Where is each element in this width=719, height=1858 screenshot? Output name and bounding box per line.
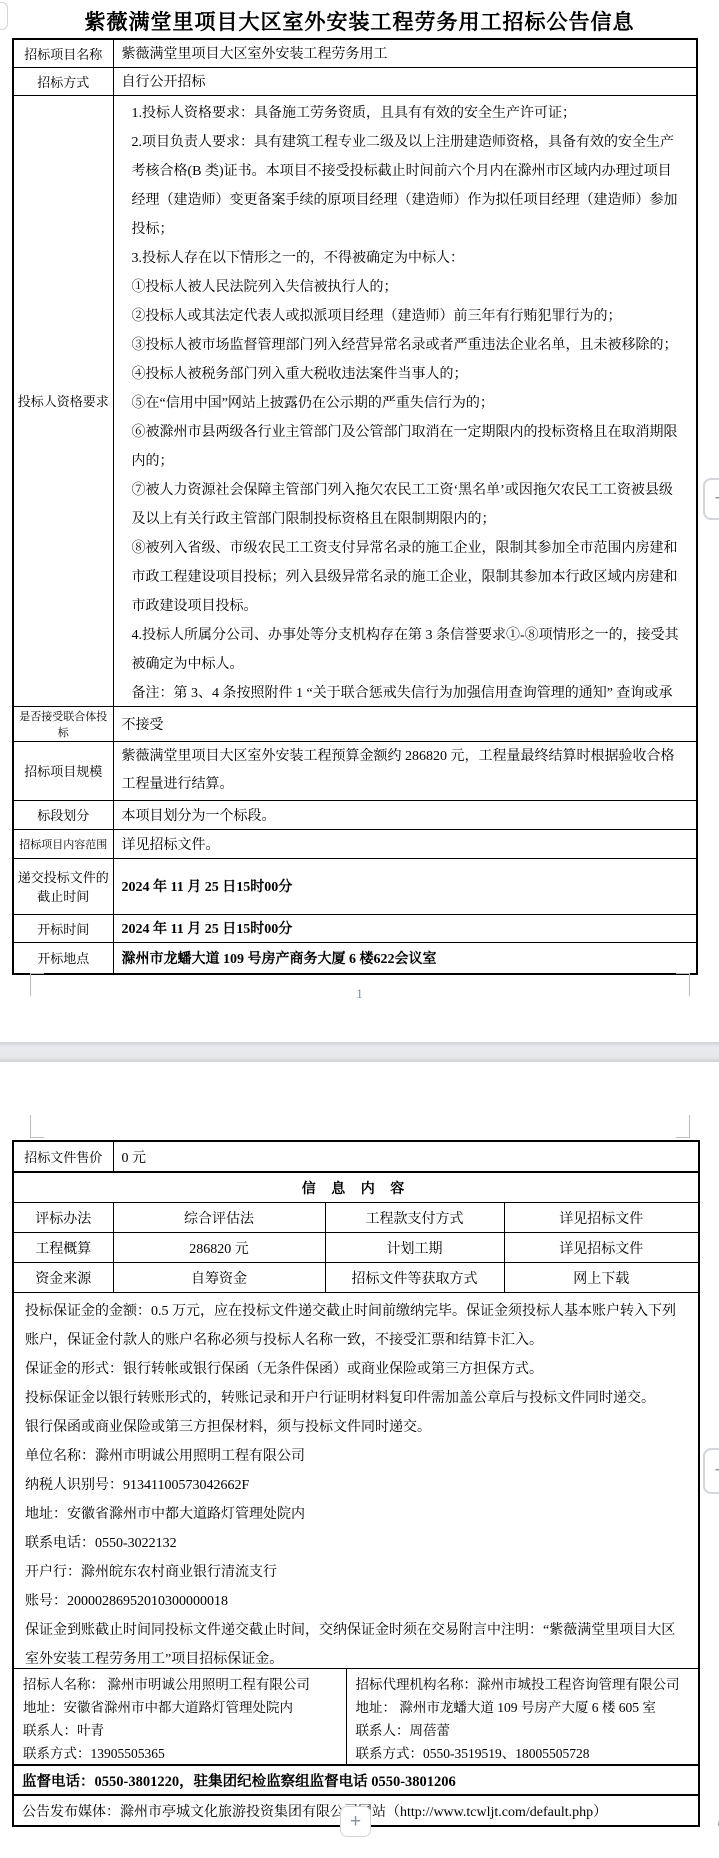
row-value: 0 元 xyxy=(113,1141,699,1172)
row-label: 开标时间 xyxy=(13,914,113,942)
row-value: 紫薇满堂里项目大区室外安装工程劳务用工 xyxy=(113,39,697,67)
deposit-paragraph: 地址：安徽省滁州市中都大道路灯管理处院内 xyxy=(25,1500,689,1529)
deposit-paragraph: 联系电话：0550-3022132 xyxy=(25,1529,689,1558)
table-row: 资金来源 自筹资金 招标文件等获取方式 网上下载 xyxy=(13,1263,699,1293)
tenderer-contact-person: 联系人：叶青 xyxy=(23,1719,341,1742)
row-value-open-location: 滁州市龙蟠大道 109 号房产商务大厦 6 楼622会议室 xyxy=(113,942,697,974)
qualification-paragraph: 3.投标人存在以下情形之一的，不得被确定为中标人： xyxy=(132,244,683,273)
cell-value: 286820 元 xyxy=(113,1233,325,1263)
table-row: 工程概算 286820 元 计划工期 详见招标文件 xyxy=(13,1233,699,1263)
row-value: 不接受 xyxy=(113,706,697,741)
tenderer-name: 招标人名称： 滁州市明诚公用照明工程有限公司 xyxy=(23,1673,341,1696)
cell-label: 评标办法 xyxy=(13,1203,113,1233)
table-row: 标段划分 本项目划分为一个标段。 xyxy=(13,800,697,829)
tenderer-phone: 联系方式：13905505365 xyxy=(23,1742,341,1763)
page-margin-mark xyxy=(30,1115,44,1138)
page-gap-separator xyxy=(0,1042,719,1062)
row-label: 投标人资格要求 xyxy=(13,95,113,706)
row-label: 招标方式 xyxy=(13,67,113,95)
table-row: 评标办法 综合评估法 工程款支付方式 详见招标文件 xyxy=(13,1203,699,1233)
qualification-paragraph: 备注：第 3、4 条按照附件 1 “关于联合惩戒失信行为加强信用查询管理的通知”… xyxy=(132,679,683,705)
document-page-1: 紫薇满堂里项目大区室外安装工程劳务用工招标公告信息 招标项目名称 紫薇满堂里项目… xyxy=(0,0,719,1042)
agency-name: 招标代理机构名称：滁州市城投工程咨询管理有限公司 xyxy=(356,1673,694,1696)
qualification-paragraph: ⑥被滁州市县两级各行业主管部门及公管部门取消在一定期限内的投标资格且在取消期限内… xyxy=(132,418,683,476)
qualification-paragraph: ③投标人被市场监督管理部门列入经营异常名录或者严重违法企业名单，且未被移除的； xyxy=(132,331,683,360)
cell-value: 详见招标文件 xyxy=(504,1203,699,1233)
row-label: 招标项目内容范围 xyxy=(13,829,113,858)
table-row: 开标地点 滁州市龙蟠大道 109 号房产商务大厦 6 楼622会议室 xyxy=(13,942,697,974)
row-label: 开标地点 xyxy=(13,942,113,974)
qualification-paragraph: ⑤在“信用中国”网站上披露仍在公示期的严重失信行为的； xyxy=(132,389,683,418)
supervision-phone: 监督电话：0550-3801220，驻集团纪检监察组监督电话 0550-3801… xyxy=(13,1765,699,1795)
plus-icon: + xyxy=(350,1811,361,1833)
cell-value: 自筹资金 xyxy=(113,1263,325,1293)
cell-label: 招标文件等获取方式 xyxy=(325,1263,504,1293)
table-row: 招标项目规模 紫薇满堂里项目大区室外安装工程预算金额约 286820 元，工程量… xyxy=(13,741,697,800)
table-row-contacts: 招标人名称： 滁州市明诚公用照明工程有限公司 地址：安徽省滁州市中都大道路灯管理… xyxy=(13,1669,699,1766)
deposit-paragraph: 投标保证金以银行转账形式的，转账记录和开户行证明材料复印件需加盖公章后与投标文件… xyxy=(25,1384,689,1413)
plus-icon: + xyxy=(714,488,719,510)
qualification-paragraph: 2.项目负责人要求：具有建筑工程专业二级及以上注册建造师资格，具备有效的安全生产… xyxy=(132,128,683,244)
tenderer-contact-cell: 招标人名称： 滁州市明诚公用照明工程有限公司 地址：安徽省滁州市中都大道路灯管理… xyxy=(13,1669,346,1766)
table-row: 招标项目内容范围 详见招标文件。 xyxy=(13,829,697,858)
row-label: 递交投标文件的截止时间 xyxy=(13,858,113,914)
cell-label: 工程款支付方式 xyxy=(325,1203,504,1233)
qualification-paragraph: ②投标人或其法定代表人或拟派项目经理（建造师）前三年有行贿犯罪行为的； xyxy=(132,302,683,331)
deposit-paragraph: 投标保证金的金额：0.5 万元，应在投标文件递交截止时间前缴纳完毕。保证金须投标… xyxy=(25,1297,689,1355)
row-label: 标段划分 xyxy=(13,800,113,829)
cell-label: 工程概算 xyxy=(13,1233,113,1263)
plus-button-right-upper[interactable]: + xyxy=(703,478,719,520)
agency-contact-cell: 招标代理机构名称：滁州市城投工程咨询管理有限公司 地址： 滁州市龙蟠大道 109… xyxy=(346,1669,699,1766)
table-row: 是否接受联合体投标 不接受 xyxy=(13,706,697,741)
qualification-paragraph: ④投标人被税务部门列入重大税收违法案件当事人的； xyxy=(132,360,683,389)
row-label: 招标项目规模 xyxy=(13,741,113,800)
page-title: 紫薇满堂里项目大区室外安装工程劳务用工招标公告信息 xyxy=(0,6,719,36)
qualification-paragraph: ⑧被列入省级、市级农民工工资支付异常名录的施工企业，限制其参加全市范围内房建和市… xyxy=(132,534,683,621)
table-row-deposit: 投标保证金的金额：0.5 万元，应在投标文件递交截止时间前缴纳完毕。保证金须投标… xyxy=(13,1293,699,1669)
agency-address: 地址： 滁州市龙蟠大道 109 号房产大厦 6 楼 605 室 xyxy=(356,1696,694,1719)
page-margin-mark xyxy=(676,1115,690,1138)
row-value-open-time: 2024 年 11 月 25 日15时00分 xyxy=(113,914,697,942)
cell-label: 资金来源 xyxy=(13,1263,113,1293)
tender-summary-table: 招标项目名称 紫薇满堂里项目大区室外安装工程劳务用工 招标方式 自行公开招标 投… xyxy=(12,38,698,975)
deposit-paragraph: 开户行：滁州皖东农村商业银行清流支行 xyxy=(25,1558,689,1587)
row-value: 紫薇满堂里项目大区室外安装工程预算金额约 286820 元，工程量最终结算时根据… xyxy=(113,741,697,800)
table-row-qualification: 投标人资格要求 1.投标人资格要求：具备施工劳务资质，且具有有效的安全生产许可证… xyxy=(13,95,697,706)
info-content-header: 信 息 内 容 xyxy=(13,1172,699,1203)
qualification-paragraph: 4.投标人所属分公司、办事处等分支机构存在第 3 条信誉要求①-⑧项情形之一的，… xyxy=(132,621,683,679)
row-value-deadline: 2024 年 11 月 25 日15时00分 xyxy=(113,858,697,914)
tenderer-address: 地址：安徽省滁州市中都大道路灯管理处院内 xyxy=(23,1696,341,1719)
expand-icon[interactable]: ⤢ xyxy=(710,1808,719,1832)
deposit-paragraph: 账号：20000286952010300000018 xyxy=(25,1587,689,1616)
plus-button-right-lower[interactable]: + xyxy=(703,1448,719,1494)
row-value: 自行公开招标 xyxy=(113,67,697,95)
row-label: 是否接受联合体投标 xyxy=(13,706,113,741)
deposit-paragraph: 银行保函或商业保险或第三方担保材料，须与投标文件同时递交。 xyxy=(25,1413,689,1442)
page-number: 1 xyxy=(0,986,719,1002)
row-value: 详见招标文件。 xyxy=(113,829,697,858)
row-value: 本项目划分为一个标段。 xyxy=(113,800,697,829)
qualification-requirements-cell: 1.投标人资格要求：具备施工劳务资质，且具有有效的安全生产许可证； 2.项目负责… xyxy=(113,95,697,706)
add-plus-button-bottom[interactable]: + xyxy=(340,1806,371,1837)
deposit-paragraph: 保证金的形式：银行转帐或银行保函（无条件保函）或商业保险或第三方担保方式。 xyxy=(25,1355,689,1384)
row-label: 招标文件售价 xyxy=(13,1141,113,1172)
agency-contact-person: 联系人：周蓓蕾 xyxy=(356,1719,694,1742)
cell-value: 详见招标文件 xyxy=(504,1233,699,1263)
agency-phone: 联系方式：0550-3519519、18005505728 xyxy=(356,1742,694,1763)
plus-icon: + xyxy=(714,1460,719,1482)
cell-label: 计划工期 xyxy=(325,1233,504,1263)
cell-value: 网上下载 xyxy=(504,1263,699,1293)
deposit-info-cell: 投标保证金的金额：0.5 万元，应在投标文件递交截止时间前缴纳完毕。保证金须投标… xyxy=(13,1293,699,1669)
row-label: 招标项目名称 xyxy=(13,39,113,67)
cell-value: 综合评估法 xyxy=(113,1203,325,1233)
table-row-price: 招标文件售价 0 元 xyxy=(13,1141,699,1172)
deposit-paragraph: 纳税人识别号：91341100573042662F xyxy=(25,1471,689,1500)
edge-button-partial[interactable] xyxy=(0,2,8,30)
tender-info-table: 招标文件售价 0 元 信 息 内 容 评标办法 综合评估法 工程款支付方式 详见… xyxy=(12,1140,700,1827)
table-section-header: 信 息 内 容 xyxy=(13,1172,699,1203)
qualification-paragraph: ①投标人被人民法院列入失信被执行人的； xyxy=(132,273,683,302)
deposit-paragraph: 保证金到账截止时间同投标文件递交截止时间，交纳保证金时须在交易附言中注明：“紫薇… xyxy=(25,1616,689,1667)
deposit-paragraph: 单位名称：滁州市明诚公用照明工程有限公司 xyxy=(25,1442,689,1471)
table-row: 招标方式 自行公开招标 xyxy=(13,67,697,95)
table-row: 开标时间 2024 年 11 月 25 日15时00分 xyxy=(13,914,697,942)
qualification-paragraph: 1.投标人资格要求：具备施工劳务资质，且具有有效的安全生产许可证； xyxy=(132,99,683,128)
table-row-supervision: 监督电话：0550-3801220，驻集团纪检监察组监督电话 0550-3801… xyxy=(13,1765,699,1795)
table-row: 招标项目名称 紫薇满堂里项目大区室外安装工程劳务用工 xyxy=(13,39,697,67)
document-page-2: 招标文件售价 0 元 信 息 内 容 评标办法 综合评估法 工程款支付方式 详见… xyxy=(0,1062,719,1858)
table-row: 递交投标文件的截止时间 2024 年 11 月 25 日15时00分 xyxy=(13,858,697,914)
qualification-paragraph: ⑦被人力资源社会保障主管部门列入拖欠农民工工资‘黑名单’或因拖欠农民工工资被县级… xyxy=(132,476,683,534)
